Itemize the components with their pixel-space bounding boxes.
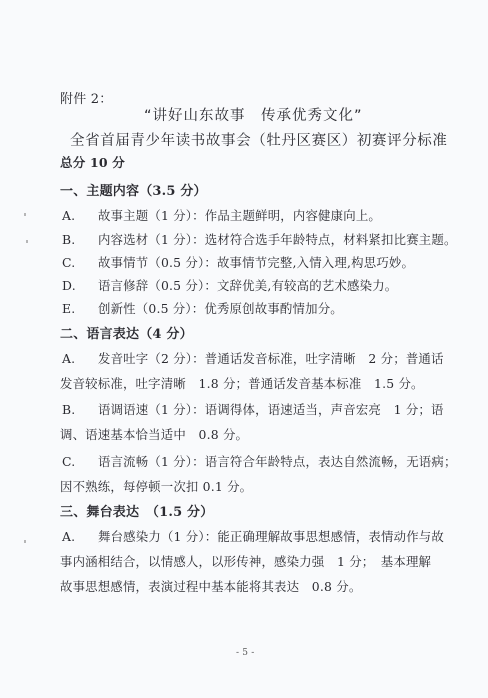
criterion-continuation: 因不熟练，每停顿一次扣 0.1 分。: [60, 477, 252, 495]
criterion-continuation: 故事思想感情，表演过程中基本能将其表达 0.8 分。: [60, 577, 361, 595]
scan-speck: [24, 540, 26, 543]
criterion-label: C.: [62, 454, 98, 469]
criterion-continuation: 事内涵相结合，以情感人，以形传神，感染力强 1 分； 基本理解: [60, 552, 431, 570]
criterion-text: 故事情节（0.5 分）：故事情节完整,入情入理,构思巧妙。: [98, 255, 414, 270]
criterion-label: E.: [62, 301, 98, 316]
criterion-label: B.: [62, 402, 98, 417]
criterion-label: A.: [62, 529, 98, 544]
criterion-text: 故事主题（1 分）：作品主题鲜明，内容健康向上。: [98, 208, 381, 223]
section-heading-stage: 三、舞台表达 （1.5 分）: [60, 501, 213, 520]
scan-speck: [26, 240, 28, 243]
document-page: 附件 2： “讲好山东故事 传承优秀文化” 全省首届青少年读书故事会（牡丹区赛区…: [0, 0, 488, 698]
page-number: - 5 -: [236, 648, 255, 658]
title-slogan: “讲好山东故事 传承优秀文化”: [144, 104, 363, 125]
criterion-item: B.内容选材（1 分）：选材符合选手年龄特点，材料紧扣比赛主题。: [62, 230, 457, 248]
criterion-label: A.: [62, 351, 98, 366]
criterion-continuation: 调、语速基本恰当适中 0.8 分。: [60, 425, 248, 443]
criterion-continuation: 发音较标准，吐字清晰 1.8 分；普通话发音基本标准 1.5 分。: [60, 374, 424, 392]
section-heading-content: 一、主题内容（3.5 分）: [60, 180, 207, 199]
criterion-item: C.故事情节（0.5 分）：故事情节完整,入情入理,构思巧妙。: [62, 253, 414, 271]
section-heading-language: 二、语言表达（4 分）: [60, 323, 193, 342]
criterion-item: D.语言修辞（0.5 分）：文辞优美,有较高的艺术感染力。: [62, 276, 397, 294]
criterion-label: B.: [62, 232, 98, 247]
criterion-item: A.发音吐字（2 分）：普通话发音标准，吐字清晰 2 分；普通话: [62, 349, 444, 367]
criterion-text: 创新性（0.5 分）：优秀原创故事酌情加分。: [98, 301, 343, 316]
criterion-text: 语调语速（1 分）：语调得体，语速适当，声音宏亮 1 分；语: [98, 402, 444, 417]
criterion-text: 内容选材（1 分）：选材符合选手年龄特点，材料紧扣比赛主题。: [98, 232, 457, 247]
annex-label: 附件 2：: [60, 88, 112, 107]
total-score: 总分 10 分: [60, 153, 125, 171]
criterion-text: 发音吐字（2 分）：普通话发音标准，吐字清晰 2 分；普通话: [98, 351, 444, 366]
criterion-item: A.故事主题（1 分）：作品主题鲜明，内容健康向上。: [62, 206, 381, 224]
criterion-text: 语言流畅（1 分）：语言符合年龄特点，表达自然流畅，无语病；: [98, 454, 457, 469]
scan-speck: [24, 213, 26, 216]
criterion-text: 语言修辞（0.5 分）：文辞优美,有较高的艺术感染力。: [98, 278, 397, 293]
criterion-item: B.语调语速（1 分）：语调得体，语速适当，声音宏亮 1 分；语: [62, 400, 444, 418]
criterion-label: D.: [62, 278, 98, 293]
criterion-item: E.创新性（0.5 分）：优秀原创故事酌情加分。: [62, 299, 343, 317]
criterion-item: A.舞台感染力（1 分）：能正确理解故事思想感情，表情动作与故: [62, 527, 444, 545]
criterion-label: A.: [62, 208, 98, 223]
criterion-text: 舞台感染力（1 分）：能正确理解故事思想感情，表情动作与故: [98, 529, 444, 544]
criterion-label: C.: [62, 255, 98, 270]
criterion-item: C.语言流畅（1 分）：语言符合年龄特点，表达自然流畅，无语病；: [62, 452, 457, 470]
page-title: 全省首届青少年读书故事会（牡丹区赛区）初赛评分标准: [70, 129, 448, 150]
